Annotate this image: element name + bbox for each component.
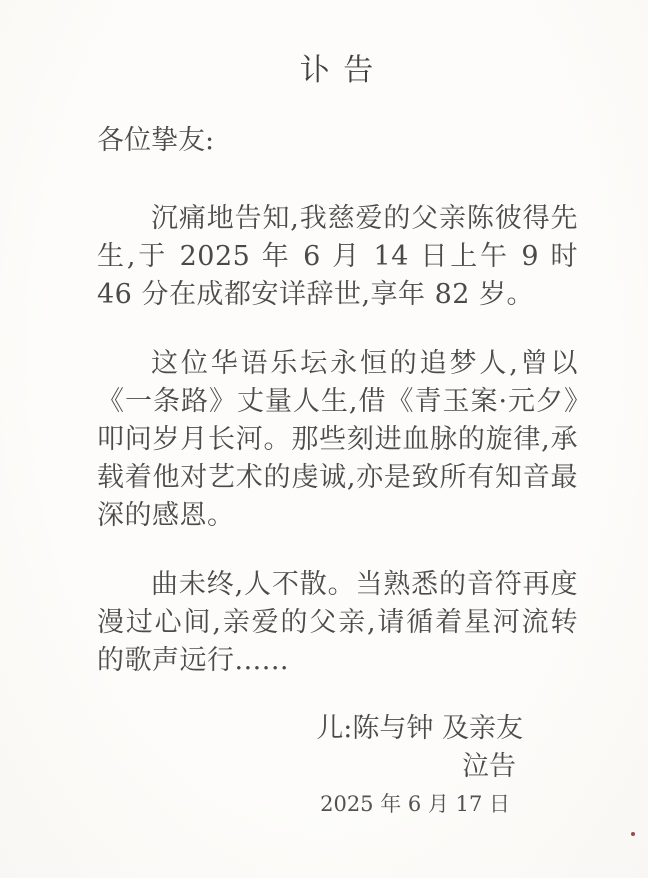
salutation: 各位挚友:	[97, 122, 578, 160]
document-body: 讣 告 各位挚友: 沉痛地告知,我慈爱的父亲陈彼得先生,于 2025 年 6 月…	[0, 0, 648, 822]
signature-closing: 泣告	[97, 748, 578, 786]
page-title: 讣 告	[97, 48, 578, 94]
signature-signed-by: 儿:陈与钟 及亲友	[97, 710, 578, 748]
paragraph-death-announcement: 沉痛地告知,我慈爱的父亲陈彼得先生,于 2025 年 6 月 14 日上午 9 …	[97, 200, 578, 314]
red-dot-scan-artifact	[631, 832, 635, 836]
paragraph-life-tribute: 这位华语乐坛永恒的追梦人,曾以《一条路》丈量人生,借《青玉案·元夕》叩问岁月长河…	[97, 345, 578, 535]
signature-block: 儿:陈与钟 及亲友 泣告 2025 年 6 月 17 日	[97, 710, 578, 822]
paragraph-farewell: 曲未终,人不散。当熟悉的音符再度漫过心间,亲爱的父亲,请循着星河流转的歌声远行.…	[97, 566, 578, 680]
signature-date: 2025 年 6 月 17 日	[97, 786, 578, 822]
obituary-page: 讣 告 各位挚友: 沉痛地告知,我慈爱的父亲陈彼得先生,于 2025 年 6 月…	[0, 0, 648, 878]
